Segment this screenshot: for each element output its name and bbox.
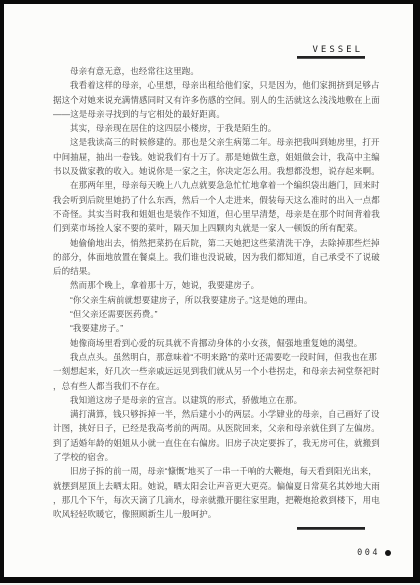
text-line: 了学校的宿舍。 — [53, 450, 399, 464]
page-footer: 004 — [357, 548, 391, 558]
text-line: 我会听到后院里她扔了什么东西，然后一个人走进来，假装每天这么准时的出入一点都 — [53, 193, 399, 207]
text-line: 在那两年里，母亲每天晚上八九点就要急急忙忙地拿着一个编织袋出趟门，回来时 — [53, 178, 399, 192]
text-line: 据这个对她来说充满情感同时又有许多伤感的空间。别人的生活就这么浅浅地敷在上面 — [53, 93, 399, 107]
text-line: 这是我读高三的时候修建的。那也是父亲生病第二年。母亲把我叫到她房里，打开 — [53, 135, 399, 149]
text-line: 我知道这房子是母亲的宣言。以建筑的形式，骄傲地立在那。 — [53, 393, 399, 407]
text-line: “你父亲生病前就想要建房子，所以我要建房子。”这是她的理由。 — [53, 293, 399, 307]
text-line: 的部分，体面地放置在餐桌上。我们谁也没说破，因为我们都知道，自己承受不了说破 — [53, 250, 399, 264]
text-line: 母亲有意无意，也经常往这里跑。 — [53, 64, 399, 78]
text-line: 书以及做家教的收入。她说你是一家之主，你决定怎么用。我想都没想，说存起来啊。 — [53, 164, 399, 178]
header-rule — [297, 56, 365, 59]
text-line: 们到菜市场捡人家不要的菜叶，隔天加上四颗肉丸就是一家人一顿饭的所有配菜。 — [53, 221, 399, 235]
text-line: ——这是母亲寻找到的与它相处的最好距离。 — [53, 107, 399, 121]
text-line: 不奇怪。其实当时我和姐姐也是装作不知道，但心里早清楚，母亲是在那个时间背着我 — [53, 207, 399, 221]
text-line: 她像商场里看到心爱的玩具就不肯挪动身体的小女孩，倔强地重复她的渴望。 — [53, 336, 399, 350]
text-line: 吹风轻轻吹暖它，像照顾新生儿一般呵护。 — [53, 507, 399, 521]
text-line: 旧房子拆的前一周，母亲“慷慨”地买了一串一千响的大鞭炮，每天看到阳光出来， — [53, 464, 399, 478]
text-line: 其实，母亲现在居住的这四层小楼房，于我是陌生的。 — [53, 121, 399, 135]
page-dot-icon — [385, 550, 391, 556]
text-line: ，那几个下午，每次天滴了几滴水，母亲就撒开腿往家里跑，把鞭炮抢救到楼下，用电 — [53, 493, 399, 507]
text-line: 计图，挑好日子，已经是我高考前的两周。从医院回来，父亲和母亲就住到了左偏房。 — [53, 421, 399, 435]
text-line: 后的结果。 — [53, 264, 399, 278]
brand-header-text: VESSEL — [312, 45, 363, 55]
text-line: 到了适婚年龄的姐姐从小就一直住在右偏房。旧房子决定要拆了，我无房可住，就搬到 — [53, 436, 399, 450]
book-page: VESSEL 母亲有意无意，也经常往这里跑。我看着这样的母亲，心里想，母亲出租给… — [4, 4, 413, 577]
text-line: 一刻想起来，好几次一些亲戚远远见到我们就从另一个小巷拐走，和母亲去祠堂祭祀时 — [53, 364, 399, 378]
text-line: 她偷偷地出去，悄然把菜扔在后院，第二天她把这些菜清洗干净，去除掉那些烂掉 — [53, 236, 399, 250]
text-line: “我要建房子。” — [53, 321, 399, 335]
footer-rule — [297, 527, 365, 530]
text-line: “但父亲还需要医药费。” — [53, 307, 399, 321]
text-line: 我看着这样的母亲，心里想，母亲出租给他们家，只是因为，他们家拥挤到足够占 — [53, 78, 399, 92]
text-line: 我点点头。虽然明白，那意味着“不明来路”的菜叶还需要吃一段时间，但我也在那 — [53, 350, 399, 364]
text-line: 满打满算，钱只够拆掉一半，然后建小小的两层。小学肄业的母亲，自己画好了设 — [53, 407, 399, 421]
text-line: ，总有些人都当我们不存在。 — [53, 379, 399, 393]
text-line: 然而那个晚上，拿着那十万，她说，我要建房子。 — [53, 278, 399, 292]
text-line: 中间抽屉，抽出一卷钱。她说我们有十万了。那是她做生意，姐姐做会计，我高中主编 — [53, 150, 399, 164]
text-line: 就摆到屋顶上去晒太阳。她说，晒太阳会让声音更大更亮。偏偏夏日常莫名其妙地大雨 — [53, 479, 399, 493]
page-number: 004 — [357, 548, 380, 558]
body-text: 母亲有意无意，也经常往这里跑。我看着这样的母亲，心里想，母亲出租给他们家，只是因… — [53, 64, 399, 522]
